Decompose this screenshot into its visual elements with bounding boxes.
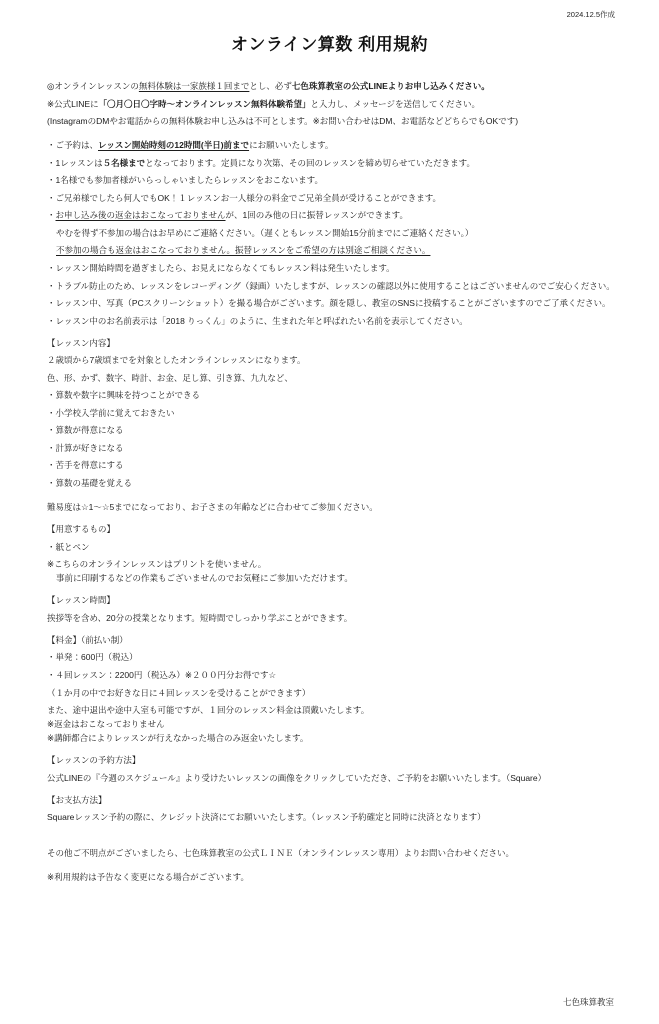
text-line: ・レッスン中のお名前表示は「2018 りっくん」のように、生まれた年と呼ばれたい… <box>47 316 615 327</box>
text-segment: となっております。定員になり次第、その回のレッスンを締め切らせていただきます。 <box>145 158 475 168</box>
text-segment: (InstagramのDMやお電話からの無料体験お申し込みは不可とします。※お問… <box>47 116 518 126</box>
section-heading: 【料金】（前払い制） <box>47 635 615 646</box>
text-segment: レッスン開始時刻の12時間(半日)前まで <box>98 140 249 150</box>
text-segment: が、1回のみ他の日に振替レッスンができます。 <box>226 210 408 220</box>
text-segment: ・ <box>47 210 56 220</box>
text-segment: 挨拶等を含め、20分の授業となります。短時間でしっかり学ぶことができます。 <box>47 613 352 623</box>
document-body: ◎オンラインレッスンの無料体験は一家族様１回までとし、必ず七色珠算教室の公式LI… <box>47 81 615 884</box>
text-segment: ２歳頃から7歳頃までを対象としたオンラインレッスンになります。 <box>47 355 306 365</box>
text-line: ※講師都合によりレッスンが行えなかった場合のみ返金いたします。 <box>47 733 615 744</box>
text-segment: その他ご不明点がございましたら、七色珠算教室の公式ＬＩＮＥ（オンラインレッスン専… <box>47 848 514 858</box>
text-segment: ・レッスン中、写真（PCスクリーンショット）を撮る場合がございます。顔を隠し、教… <box>47 298 610 308</box>
text-line: ※返金はおこなっておりません <box>47 719 615 730</box>
text-line: ・算数の基礎を覚える <box>47 478 615 489</box>
text-segment: ・トラブル防止のため、レッスンをレコーディング（録画）いたしますが、レッスンの確… <box>47 281 615 291</box>
text-segment: 不参加の場合も返金はおこなっておりません。振替レッスンをご希望の方は別途ご相談く… <box>56 245 430 255</box>
text-segment: また、途中退出や途中入室も可能ですが、１回分のレッスン料金は頂戴いたします。 <box>47 705 369 715</box>
text-line: ・1レッスンは５名様までとなっております。定員になり次第、その回のレッスンを締め… <box>47 158 615 169</box>
text-line: ・算数が得意になる <box>47 425 615 436</box>
section-heading: 【レッスン時間】 <box>47 595 615 606</box>
text-line: 難易度は☆1～☆5までになっており、お子さまの年齢などに合わせてご参加ください。 <box>47 502 615 513</box>
text-segment: ・苦手を得意にする <box>47 460 124 470</box>
text-segment: やむを得ず不参加の場合はお早めにご連絡ください。（遅くともレッスン開始15分前ま… <box>56 228 473 238</box>
section-heading: 【レッスン内容】 <box>47 338 615 349</box>
creation-date: 2024.12.5作成 <box>567 9 615 20</box>
text-segment: （１か月の中でお好きな日に４回レッスンを受けることができます） <box>47 688 310 698</box>
text-line: (InstagramのDMやお電話からの無料体験お申し込みは不可とします。※お問… <box>47 116 615 127</box>
text-line: ・計算が好きになる <box>47 443 615 454</box>
text-segment: ・ご兄弟様でしたら何人でもOK！１レッスンお一人様分の料金でご兄弟全員が受けるこ… <box>47 193 441 203</box>
text-line: ２歳頃から7歳頃までを対象としたオンラインレッスンになります。 <box>47 355 615 366</box>
section-heading: 【お支払方法】 <box>47 795 615 806</box>
text-segment: ※公式LINEに <box>47 99 99 109</box>
text-line: 色、形、かず、数字、時計、お金、足し算、引き算、九九など、 <box>47 373 615 384</box>
section-heading: 【レッスンの予約方法】 <box>47 755 615 766</box>
text-segment: 「〇月〇日〇字時～オンラインレッスン無料体験希望」 <box>99 99 311 109</box>
closing-block: その他ご不明点がございましたら、七色珠算教室の公式ＬＩＮＥ（オンラインレッスン専… <box>47 848 615 883</box>
intro-block: ◎オンラインレッスンの無料体験は一家族様１回までとし、必ず七色珠算教室の公式LI… <box>47 81 615 127</box>
document-page: 2024.12.5作成 オンライン算数 利用規約 ◎オンラインレッスンの無料体験… <box>0 0 659 1024</box>
text-segment: ・小学校入学前に覚えておきたい <box>47 408 175 418</box>
text-segment: お申し込み後の返金はおこなっておりません <box>56 210 226 220</box>
text-line: ・苦手を得意にする <box>47 460 615 471</box>
text-line: やむを得ず不参加の場合はお早めにご連絡ください。（遅くともレッスン開始15分前ま… <box>47 228 615 239</box>
text-segment: ※講師都合によりレッスンが行えなかった場合のみ返金いたします。 <box>47 733 308 743</box>
text-segment: ・計算が好きになる <box>47 443 124 453</box>
section-1: 【用意するもの】・紙とペン※こちらのオンラインレッスンはプリントを使いません。事… <box>47 524 615 584</box>
notes-block: ・ご予約は、レッスン開始時刻の12時間(半日)前までにお願いいたします。・1レッ… <box>47 140 615 327</box>
text-line: ・レッスン開始時間を過ぎましたら、お見えにならなくてもレッスン料は発生いたします… <box>47 263 615 274</box>
text-segment: 難易度は☆1～☆5までになっており、お子さまの年齢などに合わせてご参加ください。 <box>47 502 378 512</box>
text-line: 不参加の場合も返金はおこなっておりません。振替レッスンをご希望の方は別途ご相談く… <box>47 245 615 256</box>
text-line: （１か月の中でお好きな日に４回レッスンを受けることができます） <box>47 688 615 699</box>
text-line: ・1名様でも参加者様がいらっしゃいましたらレッスンをおこないます。 <box>47 175 615 186</box>
page-title: オンライン算数 利用規約 <box>0 30 659 55</box>
section-2: 【レッスン時間】挨拶等を含め、20分の授業となります。短時間でしっかり学ぶことが… <box>47 595 615 624</box>
text-segment: とし、必ず <box>249 81 292 91</box>
text-segment: ５名様まで <box>103 158 146 168</box>
section-4: 【レッスンの予約方法】公式LINEの『今週のスケジュール』より受けたいレッスンの… <box>47 755 615 784</box>
section-heading: 【用意するもの】 <box>47 524 615 535</box>
text-segment: ・1名様でも参加者様がいらっしゃいましたらレッスンをおこないます。 <box>47 175 323 185</box>
text-segment: ※こちらのオンラインレッスンはプリントを使いません。 <box>47 559 266 569</box>
text-line: ※こちらのオンラインレッスンはプリントを使いません。 <box>47 559 615 570</box>
section-0: 【レッスン内容】２歳頃から7歳頃までを対象としたオンラインレッスンになります。色… <box>47 338 615 513</box>
text-segment: ◎オンラインレッスンの <box>47 81 139 91</box>
text-segment: ・紙とペン <box>47 542 90 552</box>
text-line: ・単発：600円（税込） <box>47 652 615 663</box>
text-segment: ・レッスン中のお名前表示は「2018 りっくん」のように、生まれた年と呼ばれたい… <box>47 316 468 326</box>
text-segment: ・算数や数字に興味を持つことができる <box>47 390 200 400</box>
text-line: ※利用規約は予告なく変更になる場合がございます。 <box>47 872 615 883</box>
sections-block: 【レッスン内容】２歳頃から7歳頃までを対象としたオンラインレッスンになります。色… <box>47 338 615 824</box>
text-segment: 事前に印刷するなどの作業もございませんのでお気軽にご参加いただけます。 <box>56 573 353 583</box>
text-line: ◎オンラインレッスンの無料体験は一家族様１回までとし、必ず七色珠算教室の公式LI… <box>47 81 615 92</box>
text-segment: ・算数が得意になる <box>47 425 124 435</box>
text-segment: と入力し、メッセージを送信してください。 <box>310 99 480 109</box>
text-line: ・紙とペン <box>47 542 615 553</box>
text-segment: ※利用規約は予告なく変更になる場合がございます。 <box>47 872 249 882</box>
text-segment: 無料体験は一家族様１回まで <box>139 81 250 91</box>
text-segment: ※返金はおこなっておりません <box>47 719 165 729</box>
section-5: 【お支払方法】Squareレッスン予約の際に、クレジット決済にてお願いいたします… <box>47 795 615 824</box>
text-segment: 七色珠算教室の公式LINEよりお申し込みください。 <box>292 81 490 91</box>
text-line: ・レッスン中、写真（PCスクリーンショット）を撮る場合がございます。顔を隠し、教… <box>47 298 615 309</box>
text-segment: にお願いいたします。 <box>249 140 333 150</box>
text-segment: Squareレッスン予約の際に、クレジット決済にてお願いいたします。（レッスン予… <box>47 812 486 822</box>
text-line: 事前に印刷するなどの作業もございませんのでお気軽にご参加いただけます。 <box>47 573 615 584</box>
text-segment: ・単発：600円（税込） <box>47 652 138 662</box>
text-line: ※公式LINEに「〇月〇日〇字時～オンラインレッスン無料体験希望」と入力し、メッ… <box>47 99 615 110</box>
footer-school-name: 七色珠算教室 <box>563 996 614 1008</box>
text-line: ・トラブル防止のため、レッスンをレコーディング（録画）いたしますが、レッスンの確… <box>47 281 615 292</box>
text-line: Squareレッスン予約の際に、クレジット決済にてお願いいたします。（レッスン予… <box>47 812 615 823</box>
text-line: ・算数や数字に興味を持つことができる <box>47 390 615 401</box>
text-segment: 公式LINEの『今週のスケジュール』より受けたいレッスンの画像をクリックしていた… <box>47 773 546 783</box>
text-segment: 色、形、かず、数字、時計、お金、足し算、引き算、九九など、 <box>47 373 293 383</box>
text-line: また、途中退出や途中入室も可能ですが、１回分のレッスン料金は頂戴いたします。 <box>47 705 615 716</box>
text-line: ・４回レッスン：2200円（税込み）※２００円分お得です☆ <box>47 670 615 681</box>
text-line: ・ご兄弟様でしたら何人でもOK！１レッスンお一人様分の料金でご兄弟全員が受けるこ… <box>47 193 615 204</box>
text-segment: ・1レッスンは <box>47 158 103 168</box>
text-line: 挨拶等を含め、20分の授業となります。短時間でしっかり学ぶことができます。 <box>47 613 615 624</box>
text-line: ・お申し込み後の返金はおこなっておりませんが、1回のみ他の日に振替レッスンができ… <box>47 210 615 221</box>
text-line: ・ご予約は、レッスン開始時刻の12時間(半日)前までにお願いいたします。 <box>47 140 615 151</box>
text-segment: ・レッスン開始時間を過ぎましたら、お見えにならなくてもレッスン料は発生いたします… <box>47 263 395 273</box>
text-segment: ・ご予約は、 <box>47 140 98 150</box>
text-segment: ・４回レッスン：2200円（税込み）※２００円分お得です☆ <box>47 670 276 680</box>
text-line: ・小学校入学前に覚えておきたい <box>47 408 615 419</box>
text-line: その他ご不明点がございましたら、七色珠算教室の公式ＬＩＮＥ（オンラインレッスン専… <box>47 848 615 859</box>
text-segment: ・算数の基礎を覚える <box>47 478 132 488</box>
text-line: 公式LINEの『今週のスケジュール』より受けたいレッスンの画像をクリックしていた… <box>47 773 615 784</box>
section-3: 【料金】（前払い制）・単発：600円（税込）・４回レッスン：2200円（税込み）… <box>47 635 615 744</box>
